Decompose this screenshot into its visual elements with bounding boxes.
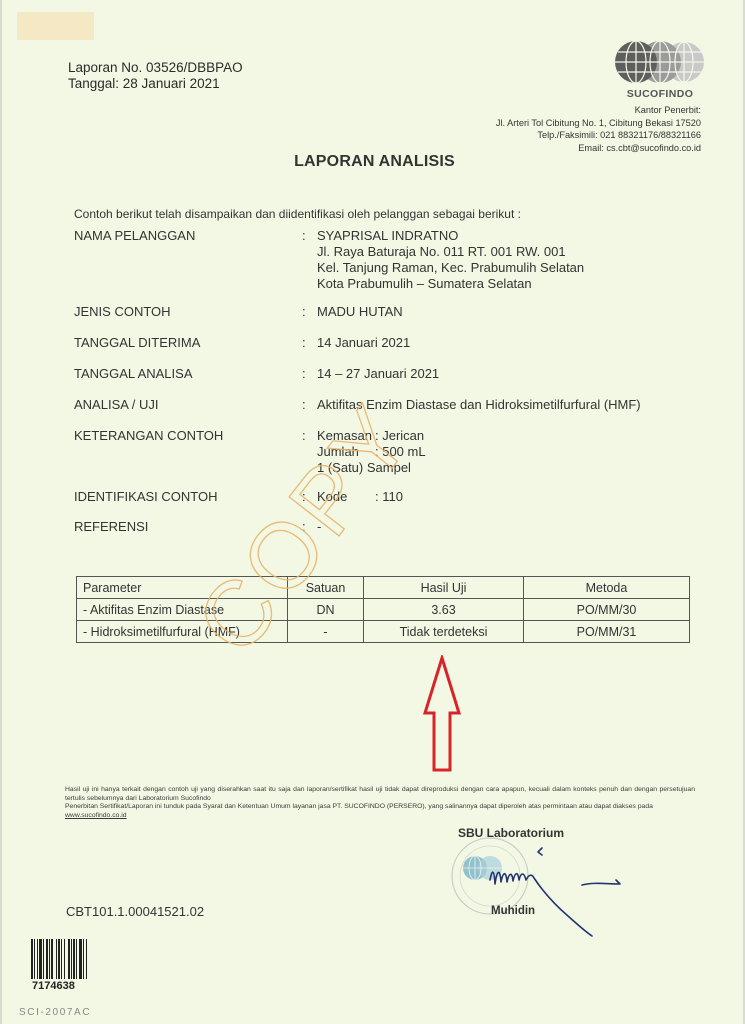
field-value: 14 Januari 2021	[317, 335, 410, 351]
field-value: SYAPRISAL INDRATNO Jl. Raya Baturaja No.…	[317, 228, 584, 292]
results-table: Parameter Satuan Hasil Uji Metoda - Akti…	[76, 576, 690, 643]
report-header-info: Laporan No. 03526/DBBPAO Tanggal: 28 Jan…	[68, 60, 243, 92]
sbu-laboratorium-label: SBU Laboratorium	[458, 826, 564, 840]
document-title: LAPORAN ANALISIS	[2, 153, 745, 171]
intro-text: Contoh berikut telah disampaikan dan dii…	[74, 207, 521, 221]
packaging-value: : Jerican	[375, 428, 424, 444]
table-row: - Hidroksimetilfurfural (HMF) - Tidak te…	[77, 621, 690, 643]
header-method: Metoda	[524, 577, 690, 599]
disclaimer-text: Hasil uji ini hanya terkait dengan conto…	[65, 786, 695, 820]
field-colon: :	[302, 489, 306, 505]
field-colon: :	[302, 304, 306, 320]
red-arrow-annotation-icon	[422, 655, 462, 773]
packaging-row: Kemasan : Jerican	[317, 428, 426, 444]
field-label: NAMA PELANGGAN	[74, 228, 294, 244]
issuer-phone: Telp./Faksimili: 021 88321176/88321166	[496, 129, 701, 142]
field-label: ANALISA / UJI	[74, 397, 294, 413]
header-result: Hasil Uji	[364, 577, 524, 599]
field-value: Kode : 110	[317, 489, 403, 505]
field-label: JENIS CONTOH	[74, 304, 294, 320]
field-colon: :	[302, 366, 306, 382]
report-number: Laporan No. 03526/DBBPAO	[68, 60, 243, 76]
document-code: CBT101.1.00041521.02	[66, 904, 204, 919]
company-name: SUCOFINDO	[614, 88, 706, 100]
sample-id-value: : 110	[375, 489, 403, 505]
signer-name: Muhidin	[491, 905, 535, 917]
field-value: Aktifitas Enzim Diastase dan Hidroksimet…	[317, 397, 641, 413]
sucofindo-globe-logo-icon	[614, 38, 706, 88]
cell-result: 3.63	[364, 599, 524, 621]
field-label: IDENTIFIKASI CONTOH	[74, 489, 294, 505]
table-row: - Aktifitas Enzim Diastase DN 3.63 PO/MM…	[77, 599, 690, 621]
field-value: 14 – 27 Januari 2021	[317, 366, 439, 382]
form-code: SCI-2007AC	[19, 1007, 91, 1018]
sample-count: 1 (Satu) Sampel	[317, 460, 426, 476]
website-link[interactable]: www.sucofindo.co.id	[65, 812, 695, 821]
field-value: MADU HUTAN	[317, 304, 403, 320]
barcode-icon	[31, 939, 109, 979]
cell-unit: DN	[288, 599, 364, 621]
table-header-row: Parameter Satuan Hasil Uji Metoda	[77, 577, 690, 599]
field-colon: :	[302, 335, 306, 351]
disclaimer-line-1: Hasil uji ini hanya terkait dengan conto…	[65, 786, 695, 803]
cell-method: PO/MM/31	[524, 621, 690, 643]
customer-address-1: Jl. Raya Baturaja No. 011 RT. 001 RW. 00…	[317, 244, 584, 260]
cell-method: PO/MM/30	[524, 599, 690, 621]
field-value: -	[317, 519, 321, 535]
cell-result: Tidak terdeteksi	[364, 621, 524, 643]
field-label: TANGGAL DITERIMA	[74, 335, 294, 351]
handwritten-signature	[482, 840, 632, 940]
cell-parameter: - Hidroksimetilfurfural (HMF)	[77, 621, 288, 643]
packaging-key: Kemasan	[317, 428, 375, 444]
issuer-address: Jl. Arteri Tol Cibitung No. 1, Cibitung …	[496, 117, 701, 130]
sample-id-key: Kode	[317, 489, 375, 505]
customer-address-2: Kel. Tanjung Raman, Kec. Prabumulih Sela…	[317, 260, 584, 276]
amount-key: Jumlah	[317, 444, 375, 460]
report-date: Tanggal: 28 Januari 2021	[68, 76, 243, 92]
field-colon: :	[302, 519, 306, 535]
paper-stamp-mark	[17, 12, 94, 40]
customer-address-3: Kota Prabumulih – Sumatera Selatan	[317, 276, 584, 292]
customer-name: SYAPRISAL INDRATNO	[317, 228, 584, 244]
field-colon: :	[302, 228, 306, 244]
cell-unit: -	[288, 621, 364, 643]
issuer-office-block: Kantor Penerbit: Jl. Arteri Tol Cibitung…	[496, 104, 701, 154]
header-unit: Satuan	[288, 577, 364, 599]
field-label: KETERANGAN CONTOH	[74, 428, 294, 444]
field-colon: :	[302, 397, 306, 413]
cell-parameter: - Aktifitas Enzim Diastase	[77, 599, 288, 621]
field-colon: :	[302, 428, 306, 444]
field-label: TANGGAL ANALISA	[74, 366, 294, 382]
field-label: REFERENSI	[74, 519, 294, 535]
barcode-number: 7174638	[32, 980, 75, 992]
field-value: Kemasan : Jerican Jumlah : 500 mL 1 (Sat…	[317, 428, 426, 476]
issuer-office-label: Kantor Penerbit:	[496, 104, 701, 117]
disclaimer-line-2: Penerbitan Sertifikat/Laporan ini tunduk…	[65, 803, 695, 812]
report-page: Laporan No. 03526/DBBPAO Tanggal: 28 Jan…	[0, 0, 745, 1024]
amount-value: : 500 mL	[375, 444, 426, 460]
amount-row: Jumlah : 500 mL	[317, 444, 426, 460]
header-parameter: Parameter	[77, 577, 288, 599]
